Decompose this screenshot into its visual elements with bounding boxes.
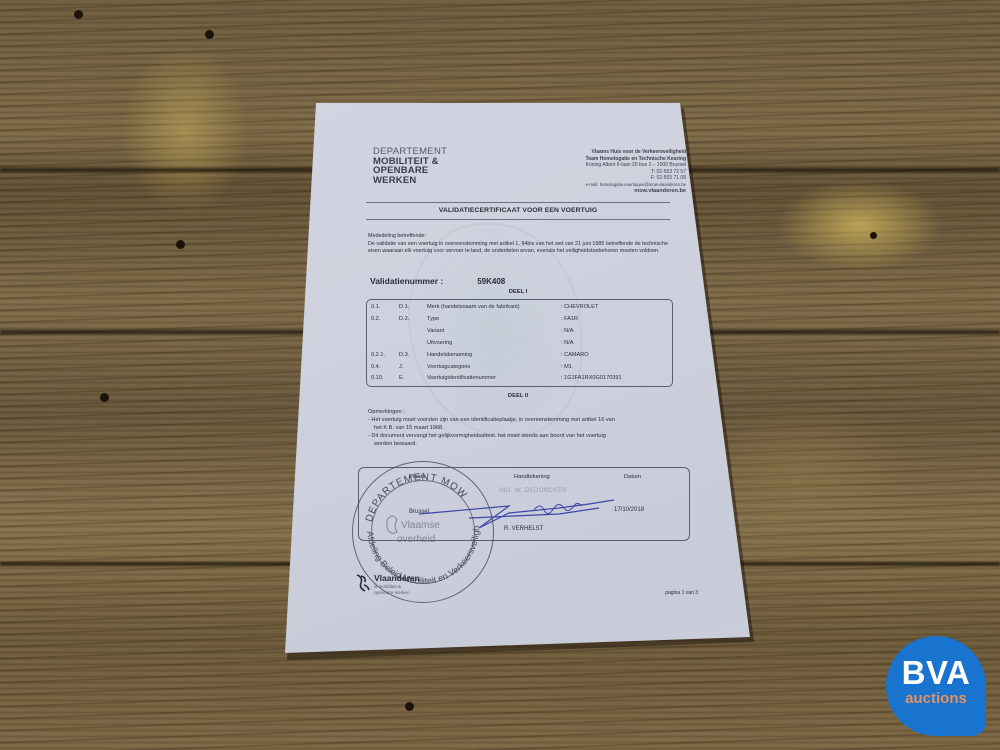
wood-nail-hole: [870, 232, 877, 239]
deel-2-heading: DEEL II: [366, 393, 670, 401]
validation-number: Validatienummer :59K408: [370, 276, 505, 287]
lion-icon: [387, 516, 397, 533]
deel-1-heading: DEEL I: [366, 289, 670, 297]
address-block: Vlaams Huis voor de Verkeersveiligheid T…: [586, 149, 686, 195]
vlaanderen-logo-sub: is mobiliteit & openbare werken: [374, 584, 410, 595]
table-row: 0.2. D.2. Type : FA1R: [371, 316, 671, 327]
wood-nail-hole: [74, 10, 83, 19]
svg-text:DEPARTEMENT MOW: DEPARTEMENT MOW: [364, 472, 469, 523]
title-rule-bottom: [366, 219, 670, 220]
mededeling: Mededeling betreffende: De validatie van…: [368, 233, 668, 256]
bva-auctions-logo: BVA auctions: [886, 636, 986, 736]
wood-nail-hole: [100, 393, 109, 402]
table-row: Variant : N/A: [371, 328, 671, 339]
table-row: 0.2.1. D.3. Handelsbenaming : CAMARO: [371, 352, 671, 363]
vlaanderen-logo-text: Vlaanderen: [374, 573, 420, 584]
table-row: Uitvoering : N/A: [371, 340, 671, 351]
remarks: Opmerkingen : - Het voertuig moet voorzi…: [368, 408, 678, 449]
table-row: 0.4. J. Voertuigcategorie : M1: [371, 364, 671, 375]
svg-text:overheid: overheid: [397, 534, 435, 545]
title-rule-top: [366, 202, 670, 203]
wood-nail-hole: [205, 30, 214, 39]
table-row: 0.10. E. Voertuigidentificatienummer : 1…: [371, 375, 671, 386]
vlaanderen-lion-icon: [354, 573, 372, 593]
department-logo: DEPARTEMENT MOBILITEIT & OPENBARE WERKEN: [373, 147, 447, 186]
wood-nail-hole: [176, 240, 185, 249]
svg-text:Vlaamse: Vlaamse: [401, 520, 440, 531]
vehicle-data-table: 0.1. D.1. Merk (handelsnaam van de fabri…: [366, 299, 673, 387]
validation-certificate: DEPARTEMENT MOBILITEIT & OPENBARE WERKEN…: [318, 103, 718, 648]
table-row: 0.1. D.1. Merk (handelsnaam van de fabri…: [371, 304, 671, 315]
wood-nail-hole: [405, 702, 414, 711]
certificate-title: VALIDATIECERTIFICAAT VOOR EEN VOERTUIG: [366, 207, 670, 216]
page-number: pagina 1 van 3: [665, 590, 698, 597]
